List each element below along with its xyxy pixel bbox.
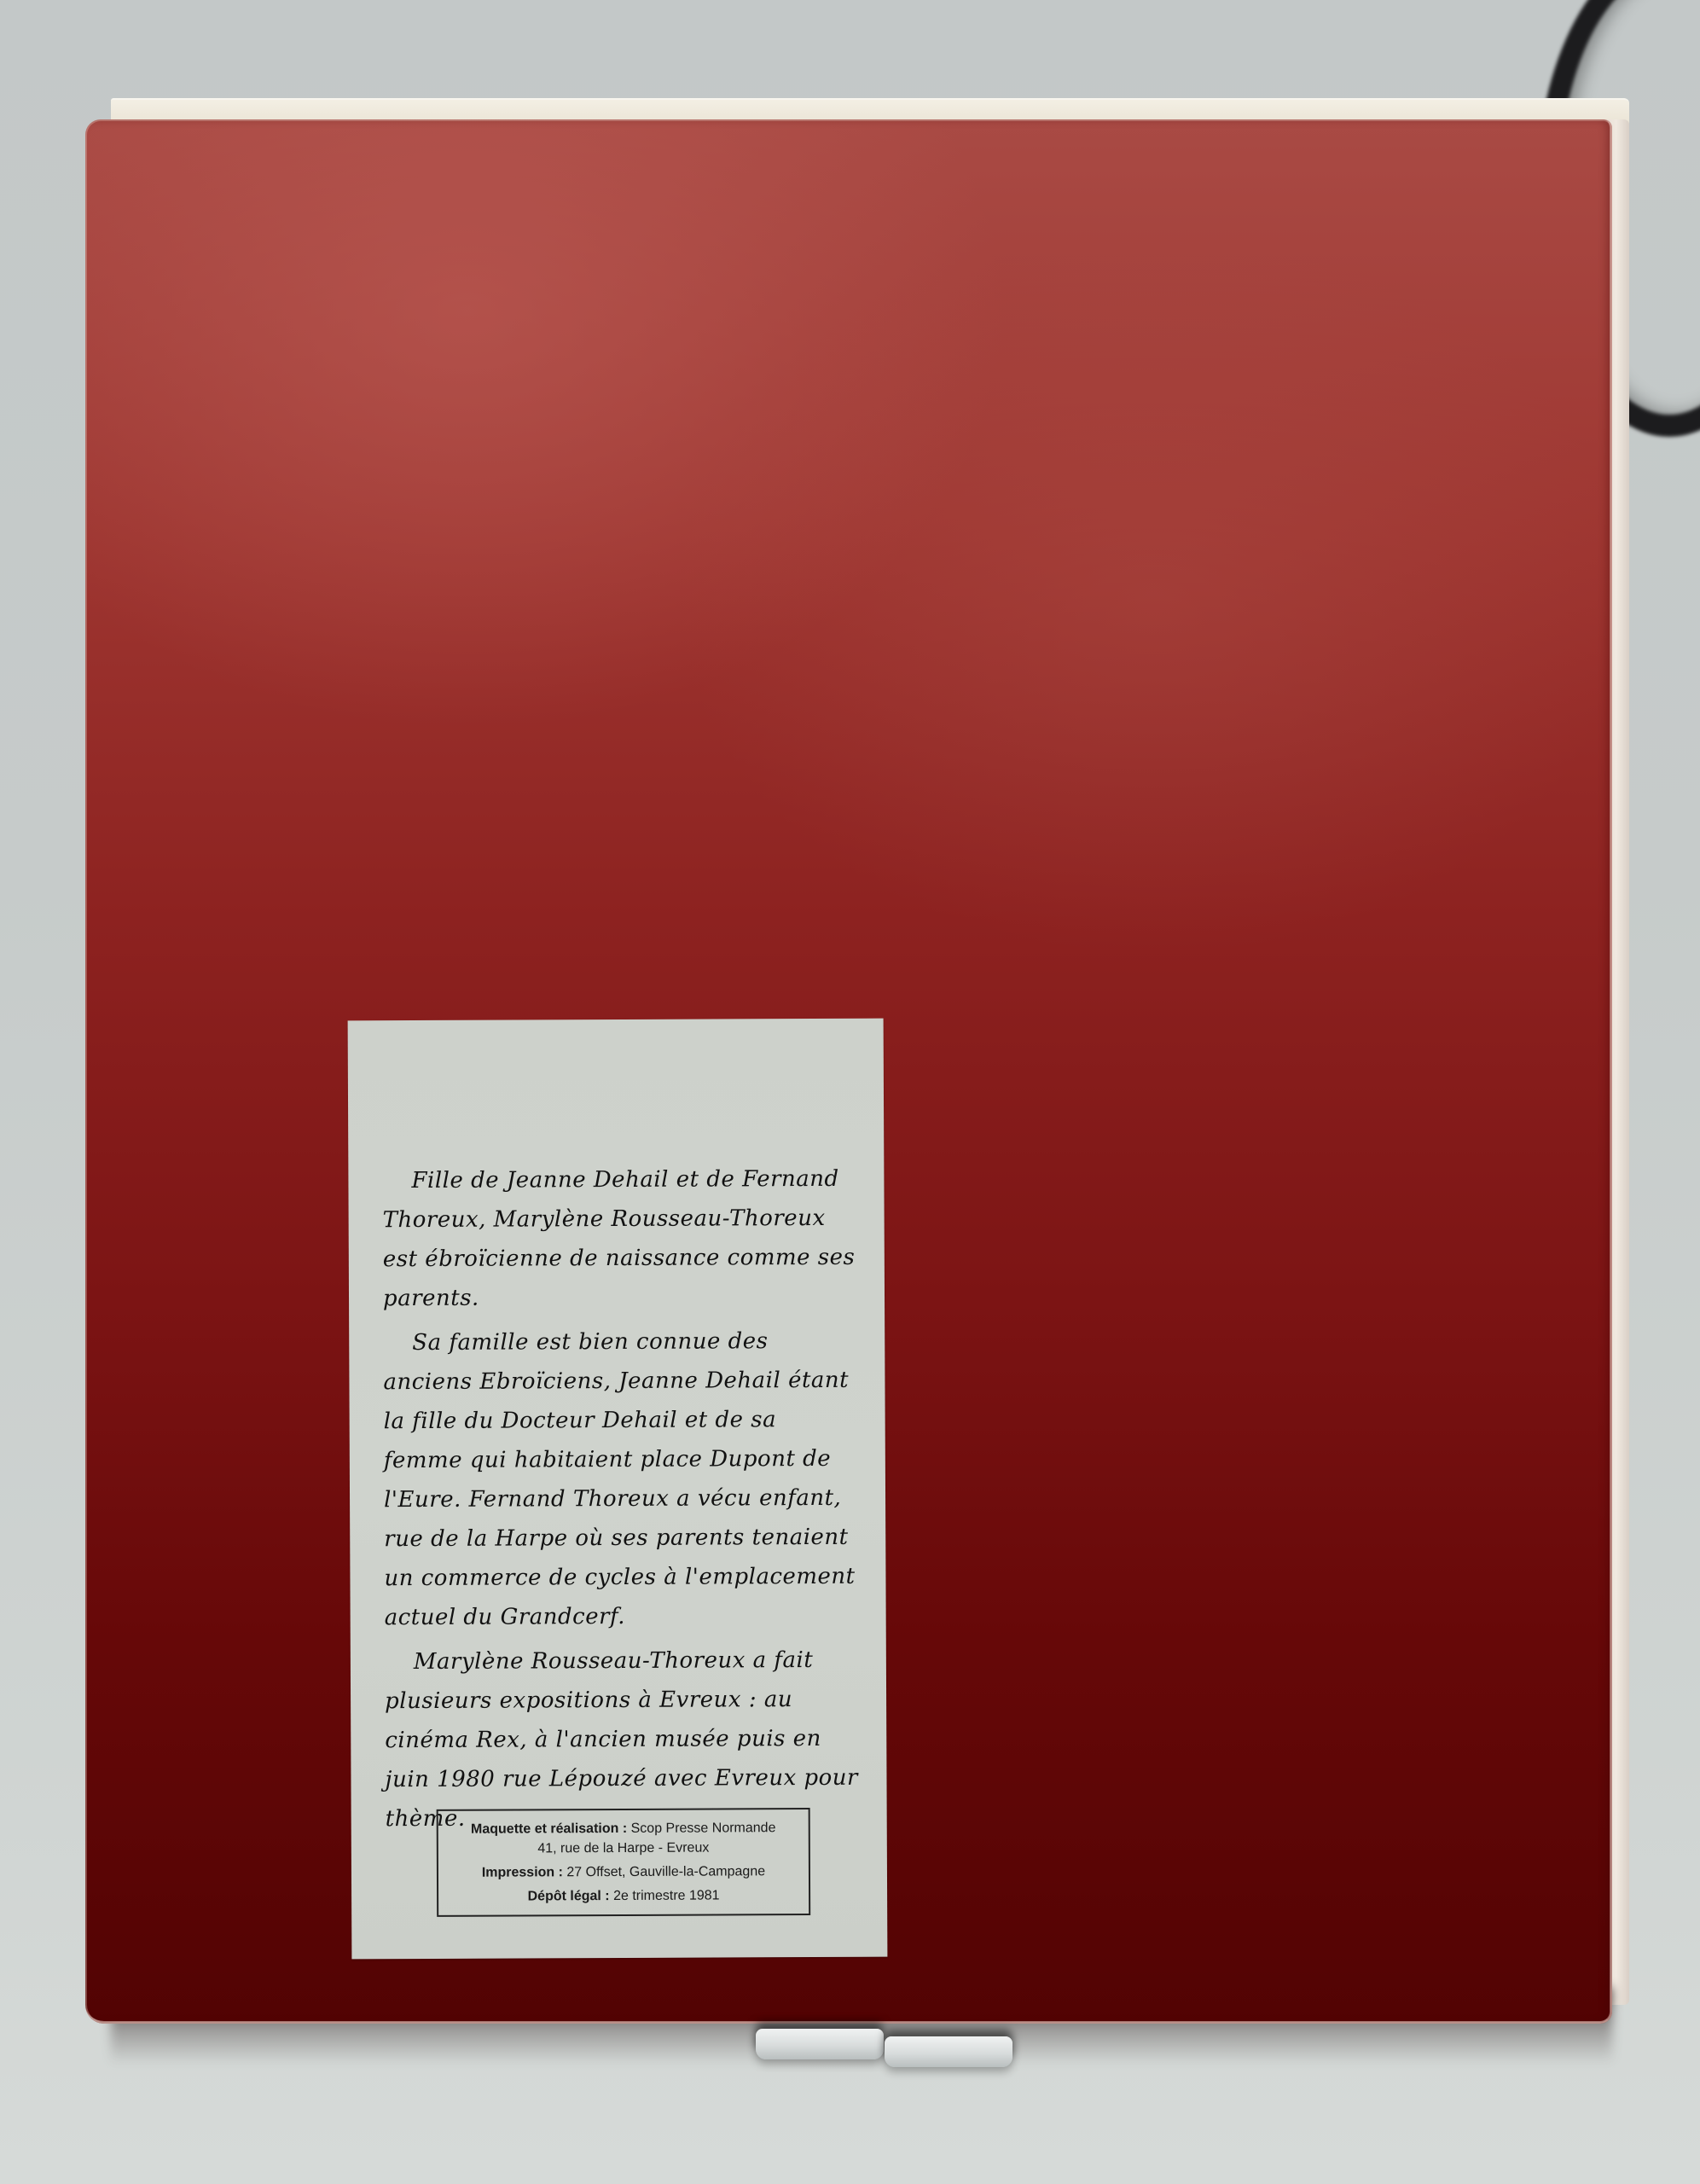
stand-clip-left bbox=[756, 2029, 884, 2059]
imprint-separator: : bbox=[618, 1821, 630, 1836]
bio-paragraph: Fille de Jeanne Dehail et de Fernand Tho… bbox=[382, 1159, 859, 1318]
imprint-maquette-value: Scop Presse Normande bbox=[631, 1821, 776, 1836]
imprint-separator: : bbox=[554, 1865, 566, 1879]
bio-paragraph: Sa famille est bien connue des anciens E… bbox=[383, 1321, 861, 1637]
imprint-impression-value: 27 Offset, Gauville-la-Campagne bbox=[566, 1864, 765, 1879]
back-cover-label: Fille de Jeanne Dehail et de Fernand Tho… bbox=[348, 1019, 888, 1960]
imprint-box: Maquette et réalisation : Scop Presse No… bbox=[437, 1808, 811, 1917]
imprint-address: 41, rue de la Harpe - Evreux bbox=[445, 1838, 802, 1859]
book-back-cover: Fille de Jeanne Dehail et de Fernand Tho… bbox=[85, 119, 1612, 2024]
imprint-maquette-label: Maquette et réalisation bbox=[471, 1821, 618, 1837]
imprint-depot-value: 2e trimestre 1981 bbox=[613, 1888, 720, 1903]
imprint-depot-line: Dépôt légal : 2e trimestre 1981 bbox=[445, 1885, 802, 1907]
imprint-impression-line: Impression : 27 Offset, Gauville-la-Camp… bbox=[445, 1862, 802, 1883]
author-biography: Fille de Jeanne Dehail et de Fernand Tho… bbox=[382, 1159, 861, 1838]
imprint-separator: : bbox=[601, 1889, 613, 1903]
imprint-maquette-line: Maquette et réalisation : Scop Presse No… bbox=[445, 1818, 802, 1839]
stand-clip-right bbox=[885, 2036, 1012, 2067]
imprint-impression-label: Impression bbox=[482, 1865, 554, 1879]
imprint-depot-label: Dépôt légal bbox=[528, 1889, 601, 1903]
